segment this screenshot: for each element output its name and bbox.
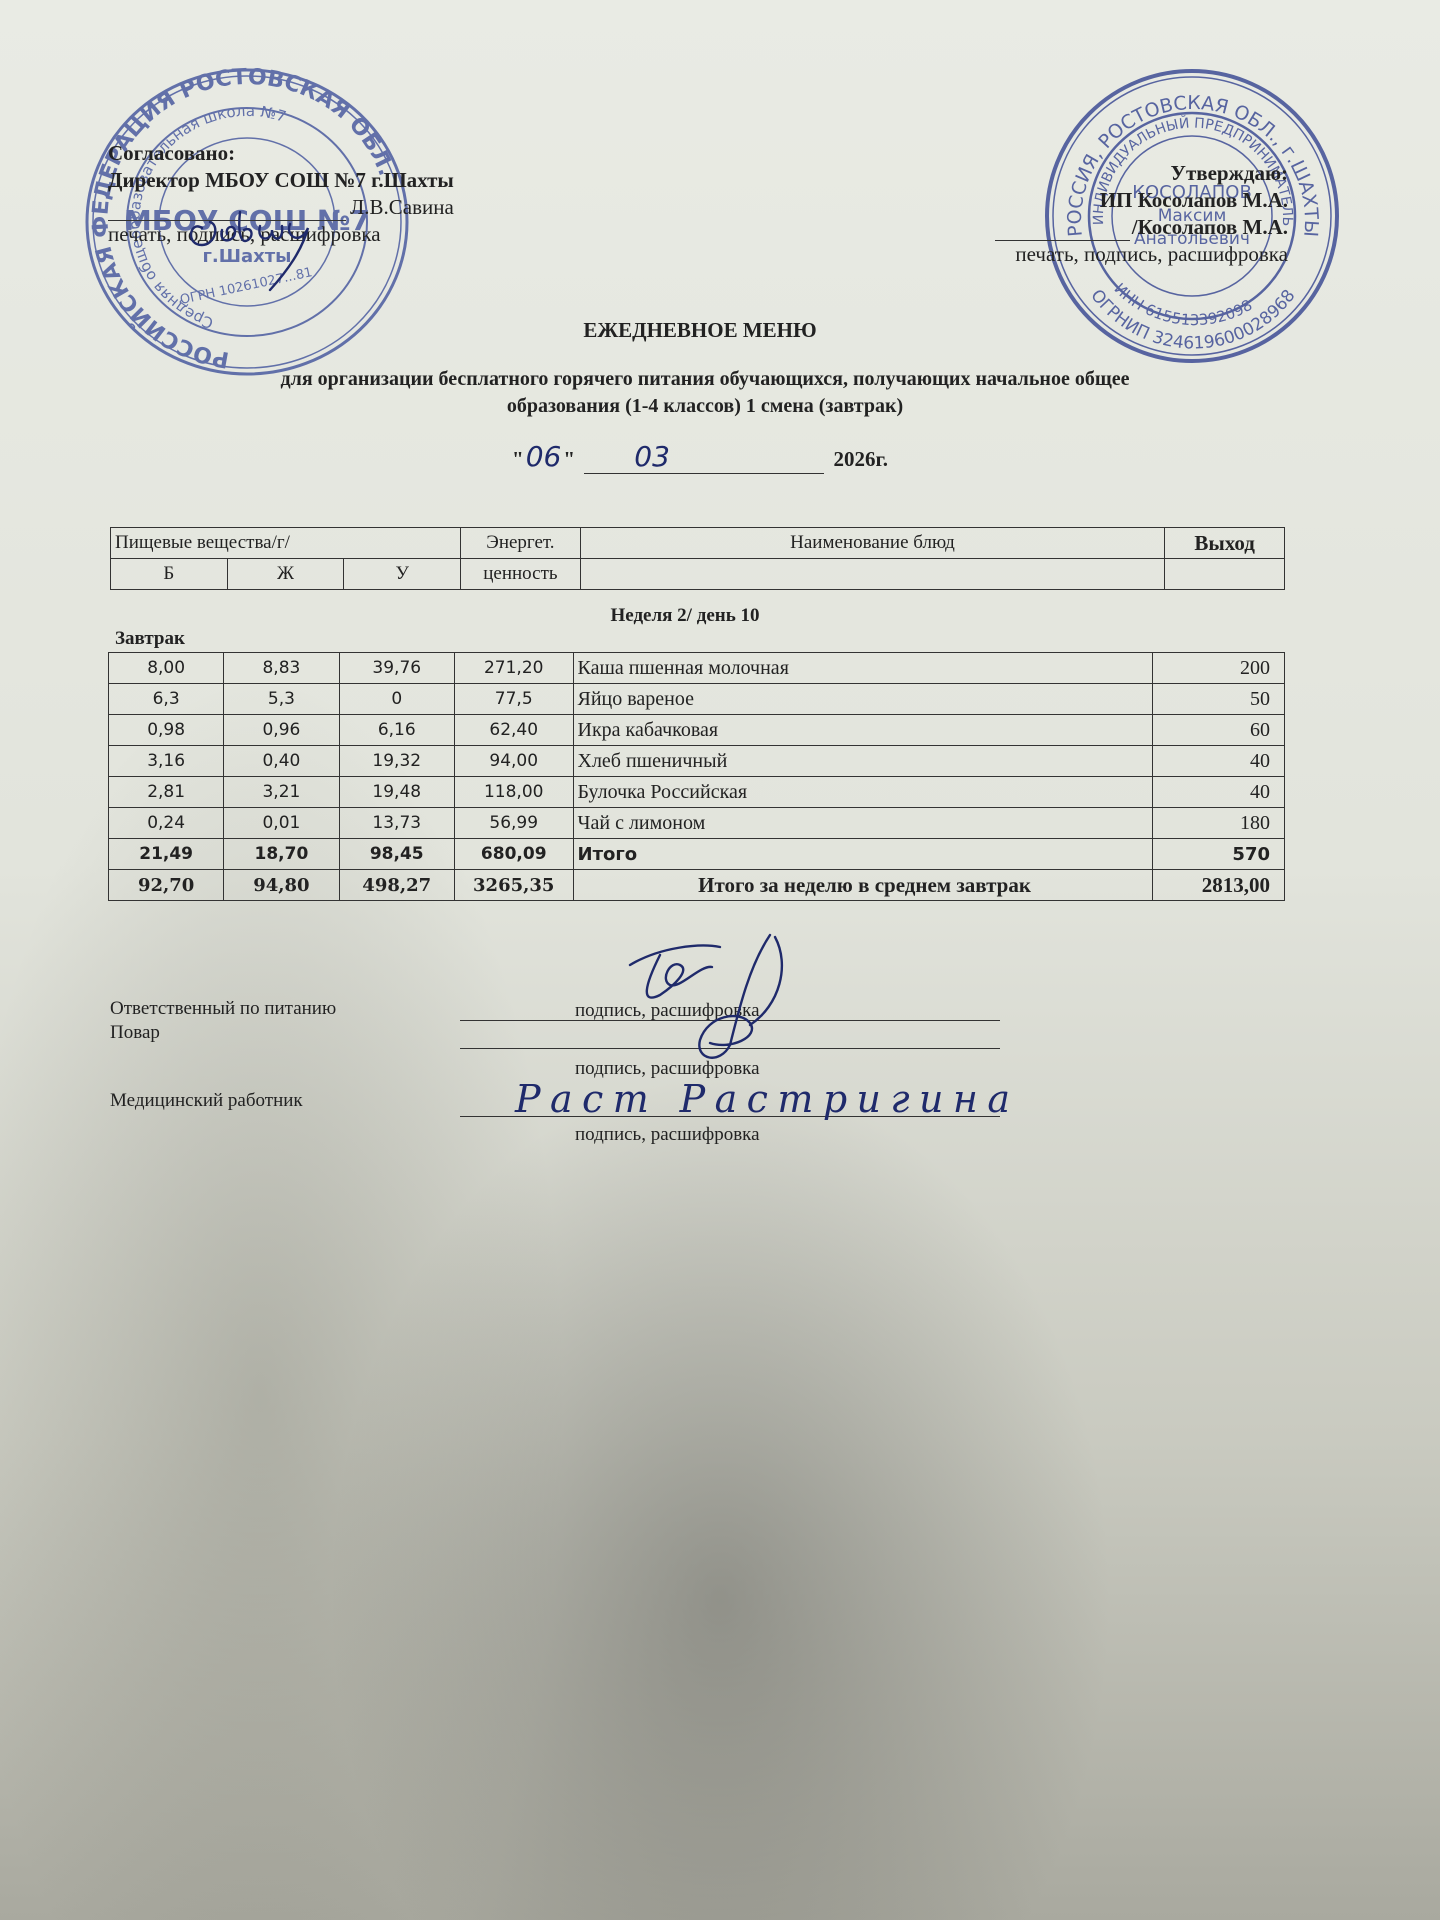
date-month: 03 <box>584 440 824 474</box>
signature-caption: подпись, расшифровка <box>575 1124 760 1146</box>
energy-cell: 62,40 <box>454 715 573 746</box>
menu-table: 8,008,8339,76271,20Каша пшенная молочная… <box>108 652 1285 901</box>
week-day-label: Неделя 2/ день 10 <box>0 605 1370 627</box>
table-row: 6,35,3077,5 Яйцо вареное50 <box>109 684 1285 715</box>
date-year: 2026г. <box>834 447 888 471</box>
approval-left-name: Л.В.Савина <box>350 195 454 219</box>
dish-name-cell: Итого <box>573 839 1152 870</box>
dish-name-cell: Хлеб пшеничный <box>573 746 1152 777</box>
carbs-cell: 39,76 <box>339 653 454 684</box>
approval-right-signature-row: /Косолапов М.А. <box>995 214 1288 241</box>
table-row: 8,008,8339,76271,20Каша пшенная молочная… <box>109 653 1285 684</box>
output-cell: 2813,00 <box>1152 870 1284 901</box>
signature-line <box>108 200 346 221</box>
menu-table-header: Пищевые вещества/г/ Энергет. Наименовани… <box>110 527 1285 590</box>
fat-cell: 0,01 <box>224 808 339 839</box>
energy-cell: 271,20 <box>454 653 573 684</box>
approval-left-heading: Согласовано: <box>108 140 454 167</box>
carbs-cell: 6,16 <box>339 715 454 746</box>
total-row: 21,4918,7098,45680,09Итого570 <box>109 839 1285 870</box>
energy-cell: 118,00 <box>454 777 573 808</box>
header-energy-top: Энергет. <box>461 528 581 559</box>
signature-line <box>460 1116 1000 1117</box>
carbs-cell: 19,48 <box>339 777 454 808</box>
dish-name-cell: Икра кабачковая <box>573 715 1152 746</box>
output-cell: 200 <box>1152 653 1284 684</box>
fat-cell: 94,80 <box>224 870 339 901</box>
header-energy-bottom: ценность <box>461 559 581 590</box>
week-total-row: 92,7094,80498,273265,35Итого за неделю в… <box>109 870 1285 901</box>
signature-row-nutrition: Ответственный по питанию <box>110 998 336 1020</box>
protein-cell: 0,24 <box>109 808 224 839</box>
approval-left-position: Директор МБОУ СОШ №7 г.Шахты <box>108 167 454 194</box>
energy-cell: 3265,35 <box>454 870 573 901</box>
subtitle-line-1: для организации бесплатного горячего пит… <box>150 366 1260 393</box>
approval-left-caption: печать, подпись, расшифровка <box>108 221 454 248</box>
table-row: 0,980,966,1662,40Икра кабачковая60 <box>109 715 1285 746</box>
signature-line <box>995 220 1130 241</box>
approval-right-heading: Утверждаю: <box>995 160 1288 187</box>
carbs-cell: 0 <box>339 684 454 715</box>
approval-right: Утверждаю: ИП Косолапов М.А. /Косолапов … <box>995 160 1288 268</box>
dish-name-cell: Булочка Российская <box>573 777 1152 808</box>
fat-cell: 0,96 <box>224 715 339 746</box>
document-subtitle: для организации бесплатного горячего пит… <box>150 366 1260 420</box>
approval-right-position: ИП Косолапов М.А. <box>995 187 1288 214</box>
header-nutrients: Пищевые вещества/г/ <box>111 528 461 559</box>
approval-right-caption: печать, подпись, расшифровка <box>995 241 1288 268</box>
energy-cell: 56,99 <box>454 808 573 839</box>
table-row: 3,160,4019,3294,00Хлеб пшеничный40 <box>109 746 1285 777</box>
output-cell: 180 <box>1152 808 1284 839</box>
protein-cell: 0,98 <box>109 715 224 746</box>
output-cell: 570 <box>1152 839 1284 870</box>
quote-close: " <box>563 447 575 471</box>
energy-cell: 680,09 <box>454 839 573 870</box>
output-cell: 40 <box>1152 746 1284 777</box>
document-title: ЕЖЕДНЕВНОЕ МЕНЮ <box>0 318 1400 343</box>
approval-left: Согласовано: Директор МБОУ СОШ №7 г.Шахт… <box>108 140 454 248</box>
fat-cell: 0,40 <box>224 746 339 777</box>
protein-cell: 8,00 <box>109 653 224 684</box>
protein-cell: 21,49 <box>109 839 224 870</box>
carbs-cell: 19,32 <box>339 746 454 777</box>
energy-cell: 94,00 <box>454 746 573 777</box>
table-row: 2,813,2119,48118,00Булочка Российская40 <box>109 777 1285 808</box>
meal-label: Завтрак <box>115 628 185 650</box>
output-cell: 60 <box>1152 715 1284 746</box>
carbs-cell: 98,45 <box>339 839 454 870</box>
fat-cell: 3,21 <box>224 777 339 808</box>
carbs-cell: 498,27 <box>339 870 454 901</box>
signature-caption: подпись, расшифровка <box>575 1000 760 1022</box>
approval-right-name: /Косолапов М.А. <box>1132 215 1288 239</box>
protein-cell: 92,70 <box>109 870 224 901</box>
signature-caption: подпись, расшифровка <box>575 1058 760 1080</box>
svg-text:г.Шахты: г.Шахты <box>203 246 292 267</box>
table-row: 0,240,0113,7356,99Чай с лимоном180 <box>109 808 1285 839</box>
dish-name-cell: Яйцо вареное <box>573 684 1152 715</box>
header-fat: Ж <box>227 559 344 590</box>
protein-cell: 2,81 <box>109 777 224 808</box>
output-cell: 40 <box>1152 777 1284 808</box>
header-empty <box>580 559 1164 590</box>
header-output: Выход <box>1165 528 1285 559</box>
fat-cell: 18,70 <box>224 839 339 870</box>
signature-role: Повар <box>110 1022 160 1044</box>
approval-left-signature-row: Л.В.Савина <box>108 194 454 221</box>
header-carbs: У <box>344 559 461 590</box>
energy-cell: 77,5 <box>454 684 573 715</box>
output-cell: 50 <box>1152 684 1284 715</box>
svg-text:ОГРН 10261027...81: ОГРН 10261027...81 <box>179 265 314 308</box>
header-protein: Б <box>111 559 228 590</box>
signature-role: Ответственный по питанию <box>110 998 336 1019</box>
carbs-cell: 13,73 <box>339 808 454 839</box>
fat-cell: 8,83 <box>224 653 339 684</box>
signature-role: Медицинский работник <box>110 1090 303 1112</box>
header-dish-name: Наименование блюд <box>580 528 1164 559</box>
header-empty <box>1165 559 1285 590</box>
dish-name-cell: Чай с лимоном <box>573 808 1152 839</box>
quote-open: " <box>512 447 524 471</box>
protein-cell: 3,16 <box>109 746 224 777</box>
signature-line <box>460 1048 1000 1049</box>
svg-text:Раст Растригина: Раст Растригина <box>514 1077 1010 1121</box>
document-date: "06" 03 2026г. <box>0 440 1400 474</box>
dish-name-cell: Каша пшенная молочная <box>573 653 1152 684</box>
dish-name-cell: Итого за неделю в среднем завтрак <box>573 870 1152 901</box>
subtitle-line-2: образования (1-4 классов) 1 смена (завтр… <box>150 393 1260 420</box>
fat-cell: 5,3 <box>224 684 339 715</box>
protein-cell: 6,3 <box>109 684 224 715</box>
date-day: 06 <box>524 440 564 473</box>
